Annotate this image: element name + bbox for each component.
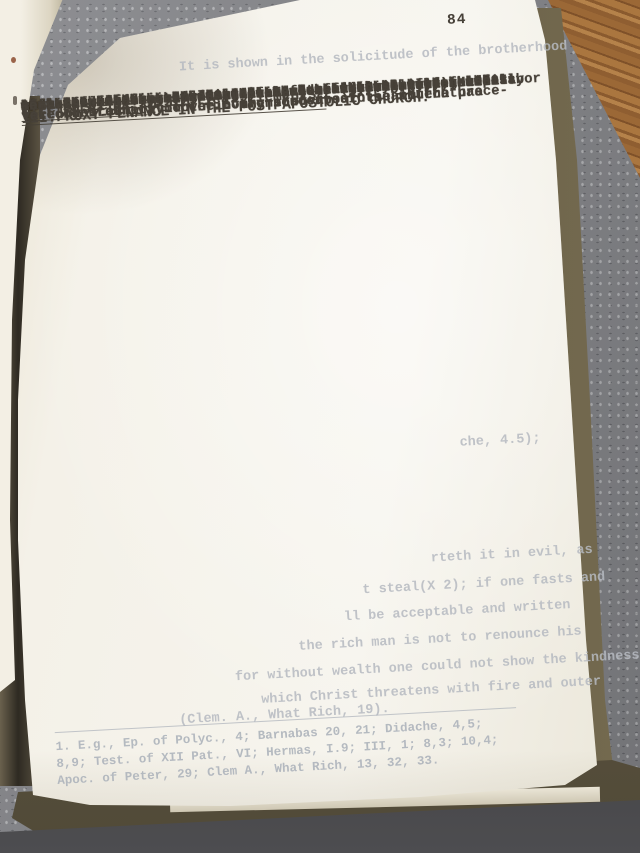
ghost-line: rteth it in evil, as xyxy=(430,542,593,568)
page-number: 84 xyxy=(416,10,497,30)
edge-ink-mark xyxy=(13,96,17,105)
ghost-line: t steal(X 2); if one fasts and xyxy=(362,569,606,599)
typed-line: left by it. xyxy=(21,98,115,131)
typed-text-block: of measure for measure; but that love's … xyxy=(20,65,568,103)
photo-of-typewritten-page: 84 It is shown in the solicitude of the … xyxy=(0,0,640,853)
ghost-line: the rich man is not to renounce his xyxy=(298,624,582,656)
ghost-line: che, 4.5); xyxy=(459,430,541,451)
red-speck xyxy=(11,57,16,63)
page-content: 84 It is shown in the solicitude of the … xyxy=(17,0,608,839)
paragraph-2: The reality of the communion of saints a… xyxy=(21,73,568,103)
ghost-line: ll be acceptable and written xyxy=(344,597,571,626)
